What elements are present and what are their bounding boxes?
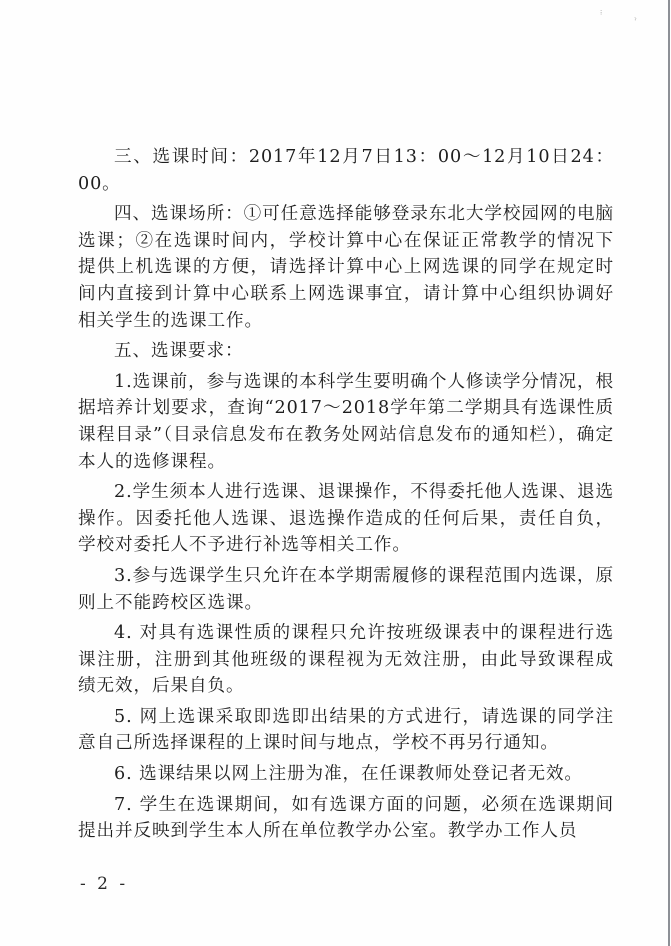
scan-artifact-mark: ˀ bbox=[634, 18, 637, 25]
requirement-item-7: 7. 学生在选课期间，如有选课方面的问题，必须在选课期间提出并反映到学生本人所在… bbox=[78, 792, 614, 845]
document-body: 三、选课时间：2017年12月7日13：00～12月10日24：00。 四、选课… bbox=[78, 144, 614, 845]
section-heading-requirements: 五、选课要求： bbox=[78, 338, 614, 365]
requirement-item-4: 4. 对具有选课性质的课程只允许按班级课表中的课程进行选课注册，注册到其他班级的… bbox=[78, 620, 614, 700]
requirement-item-2: 2.学生须本人进行选课、退课操作，不得委托他人选课、退选操作。因委托他人选课、退… bbox=[78, 479, 614, 559]
requirement-item-3: 3.参与选课学生只允许在本学期需履修的课程范围内选课，原则上不能跨校区选课。 bbox=[78, 563, 614, 616]
page-number: - 2 - bbox=[80, 874, 128, 894]
scan-artifact-mark: ⁝ bbox=[600, 10, 602, 17]
document-page: ⁝ ˀ 三、选课时间：2017年12月7日13：00～12月10日24：00。 … bbox=[0, 0, 671, 946]
scan-edge-border bbox=[668, 0, 670, 946]
requirement-item-6: 6. 选课结果以网上注册为准，在任课教师处登记者无效。 bbox=[78, 761, 614, 788]
paragraph-selection-place: 四、选课场所：①可任意选择能够登录东北大学校园网的电脑选课；②在选课时间内，学校… bbox=[78, 201, 614, 334]
requirement-item-1: 1.选课前，参与选课的本科学生要明确个人修读学分情况，根据培养计划要求，查询“2… bbox=[78, 369, 614, 475]
requirement-item-5: 5. 网上选课采取即选即出结果的方式进行，请选课的同学注意自己所选择课程的上课时… bbox=[78, 704, 614, 757]
paragraph-selection-time: 三、选课时间：2017年12月7日13：00～12月10日24：00。 bbox=[78, 144, 614, 197]
